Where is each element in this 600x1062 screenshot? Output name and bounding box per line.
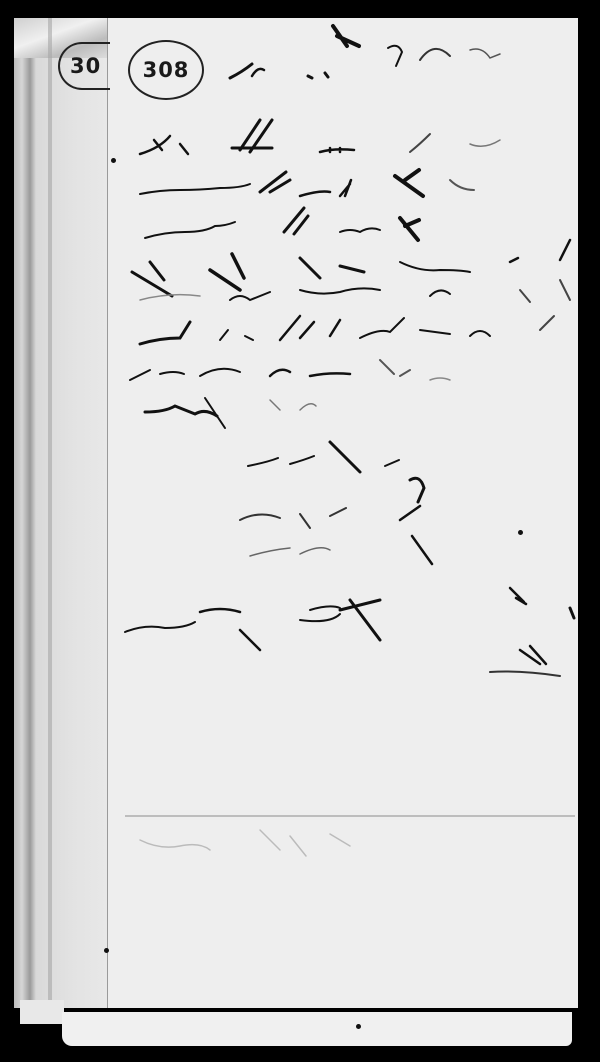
ink-speck [356,1024,361,1029]
ink-speck [104,948,109,953]
underlying-page-edge [14,18,114,1008]
folio-number-underlying: 30 [58,42,110,90]
horizontal-rule [125,815,575,817]
page-bottom-edge [62,1012,572,1046]
ink-speck [518,530,523,535]
folio-number: 308 [128,40,204,100]
ink-speck [111,158,116,163]
manuscript-page [107,18,579,1008]
page-crease [48,18,52,1008]
scan-border [578,0,600,1062]
document-viewer: 30 308 [0,0,600,1062]
folio-number-underlying-text: 30 [70,54,101,78]
page-bottom-tab [20,1000,64,1024]
folio-number-text: 308 [143,58,190,82]
